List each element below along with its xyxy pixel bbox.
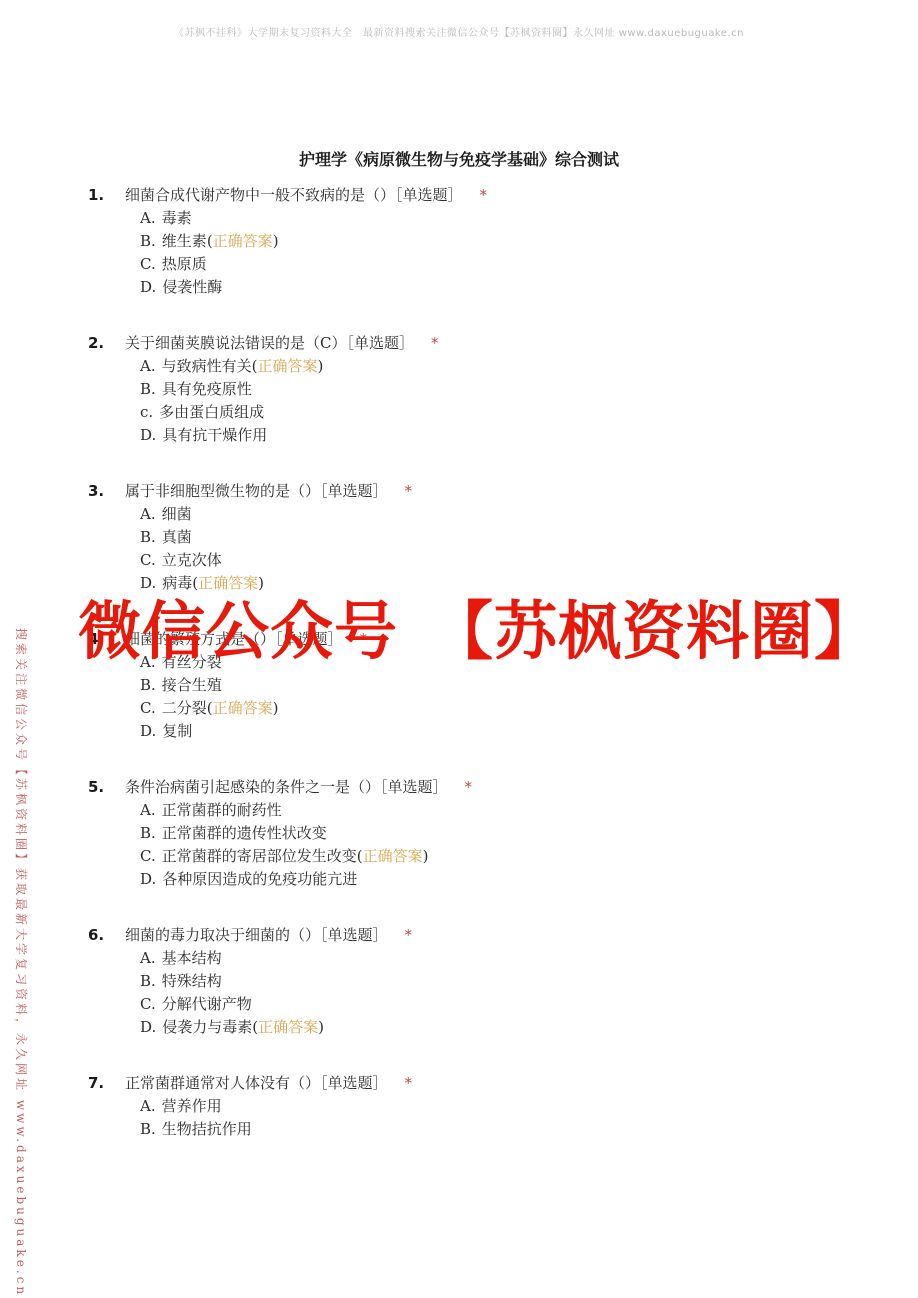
question-line: 属于非细胞型微生物的是（）［单选题］* [125,480,918,503]
option-item: A.与致病性有关(正确答案) [140,355,918,378]
option-label: c. [140,403,153,421]
option-item: B.特殊结构 [140,970,918,993]
option-item: C.立克次体 [140,549,918,572]
page-title: 护理学《病原微生物与免疫学基础》综合测试 [0,147,918,170]
question-type-tag: ［单选题］ [380,778,448,796]
option-text: 立克次体 [162,551,222,569]
option-item: B.生物拮抗作用 [140,1118,918,1141]
option-label: B. [140,1120,156,1138]
option-text: 具有抗干燥作用 [162,426,267,444]
option-label: D. [140,278,156,296]
option-text: 有丝分裂 [162,653,222,671]
question-type-tag: ［单选题］ [275,630,343,648]
option-text: 正常菌群的寄居部位发生改变 [162,847,357,865]
answer-note-close-paren: ) [318,1018,324,1036]
option-item: C.热原质 [140,253,918,276]
answer-note-close-paren: ) [273,232,279,250]
question-block: 2.关于细菌荚膜说法错误的是（C）［单选题］*A.与致病性有关(正确答案)B.具… [0,332,918,447]
question-content: 细菌的毒力取决于细菌的（）［单选题］*A.基本结构B.特殊结构C.分解代谢产物D… [125,924,918,1039]
option-item: A.细菌 [140,503,918,526]
option-text: 侵袭性酶 [162,278,222,296]
question-text: 关于细菌荚膜说法错误的是（C） [125,334,346,352]
question-number: 5. [88,776,125,799]
question-text: 属于非细胞型微生物的是（） [125,482,320,500]
required-asterisk: * [405,1074,413,1092]
option-text: 接合生殖 [162,676,222,694]
question-content: 正常菌群通常对人体没有（）［单选题］*A.营养作用B.生物拮抗作用 [125,1072,918,1141]
question-text: 条件治病菌引起感染的条件之一是（） [125,778,380,796]
option-item: B.接合生殖 [140,674,918,697]
option-text: 特殊结构 [162,972,222,990]
option-text: 各种原因造成的免疫功能亢进 [162,870,357,888]
option-item: C.二分裂(正确答案) [140,697,918,720]
option-text: 营养作用 [162,1097,222,1115]
required-asterisk: * [480,186,488,204]
option-label: D. [140,574,156,592]
option-text: 生物拮抗作用 [162,1120,252,1138]
option-item: c.多由蛋白质组成 [140,401,918,424]
question-line: 细菌的繁殖方式是（）［单选题］* [125,628,918,651]
answer-note-close-paren: ) [423,847,429,865]
question-line: 细菌合成代谢产物中一般不致病的是（）［单选题］* [125,184,918,207]
question-content: 细菌的繁殖方式是（）［单选题］*A.有丝分裂B.接合生殖C.二分裂(正确答案)D… [125,628,918,743]
question-content: 属于非细胞型微生物的是（）［单选题］*A.细菌B.真菌C.立克次体D.病毒(正确… [125,480,918,595]
option-text: 复制 [162,722,192,740]
option-text: 具有免疫原性 [162,380,252,398]
option-label: D. [140,1018,156,1036]
option-item: D.各种原因造成的免疫功能亢进 [140,868,918,891]
question-content: 关于细菌荚膜说法错误的是（C）［单选题］*A.与致病性有关(正确答案)B.具有免… [125,332,918,447]
question-type-tag: ［单选题］ [320,1074,388,1092]
option-item: A.营养作用 [140,1095,918,1118]
option-label: A. [140,357,156,375]
option-item: C.正常菌群的寄居部位发生改变(正确答案) [140,845,918,868]
option-item: B.正常菌群的遗传性状改变 [140,822,918,845]
correct-answer-note: 正确答案 [257,357,317,375]
option-label: B. [140,528,156,546]
option-text: 正常菌群的遗传性状改变 [162,824,327,842]
answer-note-close-paren: ) [273,699,279,717]
question-type-tag: ［单选题］ [395,186,463,204]
question-type-tag: ［单选题］ [346,334,414,352]
option-label: A. [140,653,156,671]
option-item: A.有丝分裂 [140,651,918,674]
option-item: D.具有抗干燥作用 [140,424,918,447]
option-label: C. [140,699,156,717]
correct-answer-note: 正确答案 [363,847,423,865]
option-label: C. [140,255,156,273]
option-text: 基本结构 [162,949,222,967]
question-block: 4.细菌的繁殖方式是（）［单选题］*A.有丝分裂B.接合生殖C.二分裂(正确答案… [0,628,918,743]
question-number: 7. [88,1072,125,1095]
question-block: 1.细菌合成代谢产物中一般不致病的是（）［单选题］*A.毒素B.维生素(正确答案… [0,184,918,299]
option-label: B. [140,824,156,842]
answer-note-close-paren: ) [258,574,264,592]
question-type-tag: ［单选题］ [320,482,388,500]
option-label: B. [140,232,156,250]
question-content: 条件治病菌引起感染的条件之一是（）［单选题］*A.正常菌群的耐药性B.正常菌群的… [125,776,918,891]
correct-answer-note: 正确答案 [258,1018,318,1036]
question-block: 3.属于非细胞型微生物的是（）［单选题］*A.细菌B.真菌C.立克次体D.病毒(… [0,480,918,595]
option-text: 毒素 [162,209,192,227]
option-label: A. [140,505,156,523]
option-item: D.侵袭力与毒素(正确答案) [140,1016,918,1039]
required-asterisk: * [405,482,413,500]
option-item: D.侵袭性酶 [140,276,918,299]
question-content: 细菌合成代谢产物中一般不致病的是（）［单选题］*A.毒素B.维生素(正确答案)C… [125,184,918,299]
option-item: A.正常菌群的耐药性 [140,799,918,822]
question-line: 细菌的毒力取决于细菌的（）［单选题］* [125,924,918,947]
option-label: A. [140,1097,156,1115]
side-watermark-text: 搜索关注微信公众号【苏枫资料圈】获取最新大学复习资料，永久网址 www.daxu… [13,628,30,1297]
option-item: B.具有免疫原性 [140,378,918,401]
option-text: 热原质 [162,255,207,273]
question-line: 正常菌群通常对人体没有（）［单选题］* [125,1072,918,1095]
option-label: A. [140,209,156,227]
question-block: 5.条件治病菌引起感染的条件之一是（）［单选题］*A.正常菌群的耐药性B.正常菌… [0,776,918,891]
question-type-tag: ［单选题］ [320,926,388,944]
option-text: 多由蛋白质组成 [159,403,264,421]
option-label: A. [140,801,156,819]
document-page: 《苏枫不挂科》大学期末复习资料大全 最新资料搜索关注微信公众号【苏枫资料圈】永久… [0,0,918,1298]
option-label: C. [140,551,156,569]
question-block: 7.正常菌群通常对人体没有（）［单选题］*A.营养作用B.生物拮抗作用 [0,1072,918,1141]
question-block: 6.细菌的毒力取决于细菌的（）［单选题］*A.基本结构B.特殊结构C.分解代谢产… [0,924,918,1039]
option-text: 病毒 [162,574,192,592]
option-label: C. [140,995,156,1013]
option-item: D.病毒(正确答案) [140,572,918,595]
question-text: 细菌合成代谢产物中一般不致病的是（） [125,186,395,204]
option-item: B.真菌 [140,526,918,549]
option-text: 细菌 [162,505,192,523]
option-item: A.基本结构 [140,947,918,970]
option-text: 维生素 [162,232,207,250]
option-text: 分解代谢产物 [162,995,252,1013]
question-number: 4. [88,628,125,651]
option-item: B.维生素(正确答案) [140,230,918,253]
option-label: D. [140,426,156,444]
question-line: 关于细菌荚膜说法错误的是（C）［单选题］* [125,332,918,355]
required-asterisk: * [360,630,368,648]
header-watermark-text: 《苏枫不挂科》大学期末复习资料大全 最新资料搜索关注微信公众号【苏枫资料圈】永久… [0,24,918,39]
correct-answer-note: 正确答案 [213,699,273,717]
question-text: 正常菌群通常对人体没有（） [125,1074,320,1092]
question-number: 6. [88,924,125,947]
option-label: A. [140,949,156,967]
question-line: 条件治病菌引起感染的条件之一是（）［单选题］* [125,776,918,799]
option-text: 与致病性有关 [162,357,252,375]
option-label: D. [140,722,156,740]
option-item: A.毒素 [140,207,918,230]
option-text: 侵袭力与毒素 [162,1018,252,1036]
option-item: D.复制 [140,720,918,743]
option-text: 二分裂 [162,699,207,717]
option-label: B. [140,380,156,398]
option-label: C. [140,847,156,865]
option-text: 真菌 [162,528,192,546]
required-asterisk: * [405,926,413,944]
question-number: 1. [88,184,125,207]
option-label: B. [140,676,156,694]
correct-answer-note: 正确答案 [198,574,258,592]
option-text: 正常菌群的耐药性 [162,801,282,819]
question-number: 3. [88,480,125,503]
option-item: C.分解代谢产物 [140,993,918,1016]
question-number: 2. [88,332,125,355]
question-text: 细菌的繁殖方式是（） [125,630,275,648]
option-label: B. [140,972,156,990]
question-list: 1.细菌合成代谢产物中一般不致病的是（）［单选题］*A.毒素B.维生素(正确答案… [0,184,918,1174]
required-asterisk: * [431,334,439,352]
question-text: 细菌的毒力取决于细菌的（） [125,926,320,944]
correct-answer-note: 正确答案 [213,232,273,250]
required-asterisk: * [465,778,473,796]
answer-note-close-paren: ) [318,357,324,375]
option-label: D. [140,870,156,888]
